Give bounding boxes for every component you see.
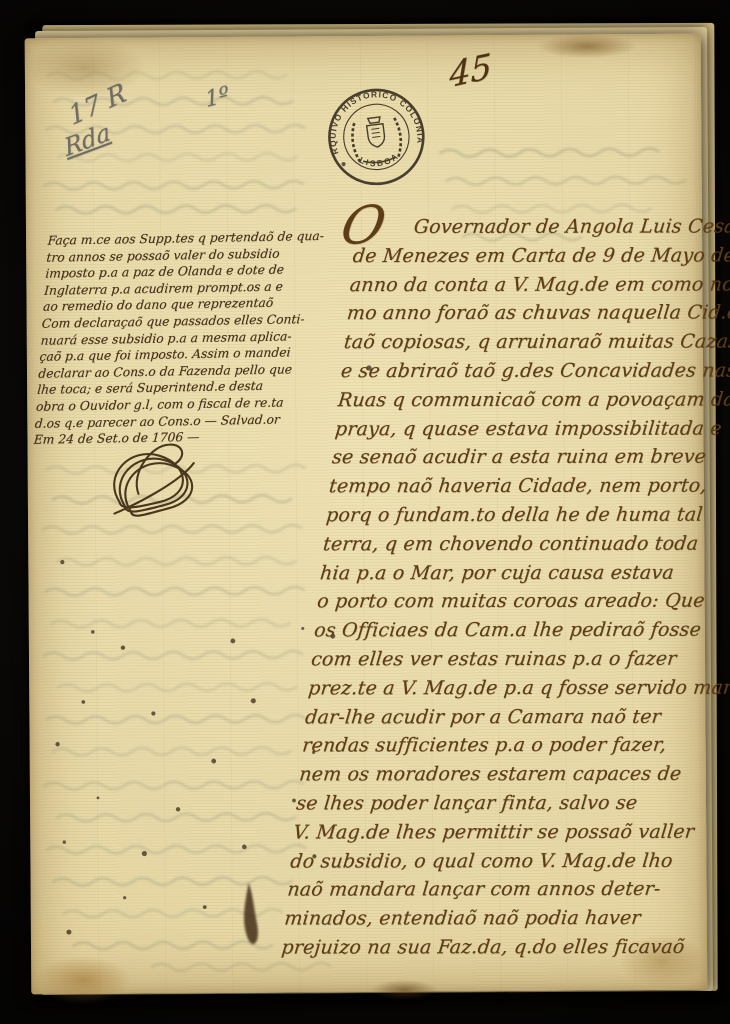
main-text-line: porq o fundam.to della he de huma tal	[325, 500, 728, 530]
main-text-line: Governador de Angola Luis Cesar	[354, 212, 730, 242]
main-text-line: terra, q em chovendo continuado toda	[322, 529, 725, 559]
main-text-line: Ruas q communicaõ com a povoaçam da	[336, 385, 730, 415]
main-text-line: nem os moradores estarem capaces de	[298, 760, 701, 790]
main-text-line: o porto com muitas coroas areado: Que	[316, 587, 719, 617]
svg-text:LISBOA: LISBOA	[357, 150, 402, 171]
main-text-line: praya, q quase estava impossibilitada e	[334, 414, 730, 444]
main-text-line: dar-lhe acudir por a Camara naõ ter	[304, 702, 707, 732]
main-text-line: minados, entendiaõ naõ podia haver	[283, 904, 686, 934]
main-text-line: mo anno foraõ as chuvas naquella Cid.e	[345, 299, 730, 329]
main-text-line: anno da conta a V. Mag.de em como no mes…	[348, 270, 730, 300]
manuscript-page: 17 R Rda 1º 45 ARQUIVO HISTORICO COLON	[25, 34, 708, 995]
rubric-flourish-icon	[96, 430, 216, 532]
main-text-line: do subsidio, o qual como V. Mag.de lho	[289, 846, 692, 876]
main-text-line: taõ copiosas, q arruinaraõ muitas Cazas	[342, 328, 730, 358]
main-text-line: prez.te a V. Mag.de p.a q fosse servido …	[307, 673, 710, 703]
manuscript-photo: 17 R Rda 1º 45 ARQUIVO HISTORICO COLON	[0, 0, 730, 1024]
main-text-line: os Officiaes da Cam.a lhe pediraõ fosse	[313, 616, 716, 646]
stamp-arc-text: ARQUIVO HISTORICO COLONIAL	[319, 80, 426, 158]
stamp-bottom-text: LISBOA	[357, 150, 402, 171]
main-text-line: de Menezes em Carta de 9 de Mayo deste	[351, 241, 730, 271]
main-text-line: naõ mandara lançar com annos deter-	[286, 875, 689, 905]
main-text-line: prejuizo na sua Faz.da, q.do elles ficav…	[280, 933, 683, 963]
archive-stamp-icon: ARQUIVO HISTORICO COLONIAL LISBOA	[319, 80, 433, 194]
main-text-line: e se abriraõ taõ g.des Concavidades nas	[339, 356, 730, 386]
main-text-line: V. Mag.de lhes permittir se possaõ valle…	[292, 817, 695, 847]
main-text-line: se lhes poder lançar finta, salvo se	[295, 789, 698, 819]
main-text-line: tempo naõ haveria Cidade, nem porto,	[328, 472, 730, 502]
main-text-line: se senaõ acudir a esta ruina em breve	[331, 443, 730, 473]
main-text-line: rendas sufficientes p.a o poder fazer,	[301, 731, 704, 761]
margin-note: Faça m.ce aos Supp.tes q pertendaõ de qu…	[33, 228, 328, 449]
main-text-line: com elles ver estas ruinas p.a o fazer	[310, 645, 713, 675]
main-text-line: hia p.a o Mar, por cuja causa estava	[319, 558, 722, 588]
main-text: Governador de Angola Luis Cesarde Meneze…	[280, 212, 730, 962]
svg-text:ARQUIVO HISTORICO COLONIAL: ARQUIVO HISTORICO COLONIAL	[319, 80, 426, 158]
